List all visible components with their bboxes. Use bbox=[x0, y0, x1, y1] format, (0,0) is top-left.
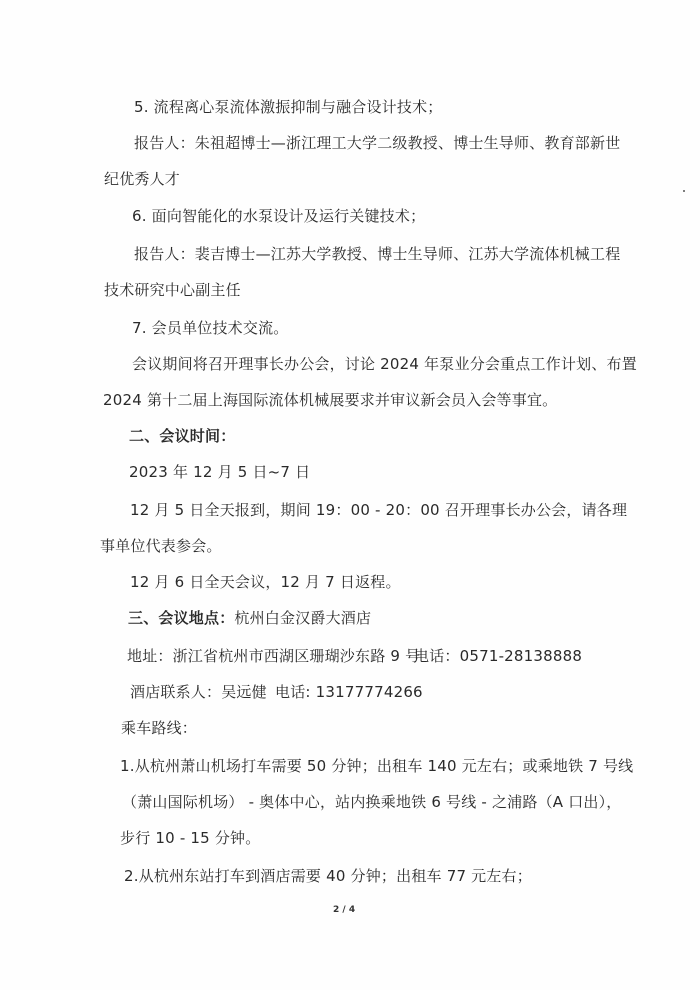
agenda-item-7: 7. 会员单位技术交流。 bbox=[132, 318, 288, 338]
venue-phone: 电话：0571-28138888 bbox=[414, 646, 582, 666]
meeting-note-cont: 2024 第十二届上海国际流体机械展要求并审议新会员入会等事宜。 bbox=[103, 390, 557, 410]
hotel-contact-phone: 电话: 13177774266 bbox=[275, 682, 423, 702]
scan-speck bbox=[683, 190, 685, 192]
hotel-contact: 酒店联系人：吴远健 bbox=[130, 682, 267, 702]
document-page: 5. 流程离心泵流体激振抑制与融合设计技术； 报告人：朱祖超博士—浙江理工大学二… bbox=[0, 0, 700, 990]
meeting-day2: 12 月 6 日全天会议，12 月 7 日返程。 bbox=[130, 572, 401, 592]
routes-label: 乘车路线： bbox=[121, 718, 197, 738]
venue-name: 杭州白金汉爵大酒店 bbox=[234, 609, 371, 627]
agenda-item-5: 5. 流程离心泵流体激振抑制与融合设计技术； bbox=[134, 97, 442, 117]
meeting-date-range: 2023 年 12 月 5 日~7 日 bbox=[129, 462, 310, 482]
route-1-cont-2: 步行 10 - 15 分钟。 bbox=[120, 828, 260, 848]
meeting-note: 会议期间将召开理事长办公会，讨论 2024 年泵业分会重点工作计划、布置 bbox=[132, 354, 637, 374]
agenda-item-6-reporter: 报告人：裴吉博士—江苏大学教授、博士生导师、江苏大学流体机械工程 bbox=[134, 244, 620, 264]
agenda-item-5-reporter: 报告人：朱祖超博士—浙江理工大学二级教授、博士生导师、教育部新世 bbox=[134, 133, 620, 153]
venue-line: 三、会议地点：杭州白金汉爵大酒店 bbox=[128, 608, 371, 628]
meeting-day1-cont: 事单位代表参会。 bbox=[100, 536, 222, 556]
agenda-item-6: 6. 面向智能化的水泵设计及运行关键技术； bbox=[132, 206, 425, 226]
section-heading-venue: 三、会议地点： bbox=[128, 609, 234, 627]
route-1-cont: （萧山国际机场） - 奥体中心，站内换乘地铁 6 号线 - 之浦路（A 口出）， bbox=[122, 792, 622, 812]
section-heading-time: 二、会议时间： bbox=[129, 426, 235, 446]
meeting-day1: 12 月 5 日全天报到，期间 19：00 - 20：00 召开理事长办公会，请… bbox=[130, 500, 627, 520]
venue-address: 地址：浙江省杭州市西湖区珊瑚沙东路 9 号 bbox=[127, 646, 420, 666]
page-number: 2 / 4 bbox=[333, 905, 355, 915]
route-1: 1.从杭州萧山机场打车需要 50 分钟；出租车 140 元左右；或乘地铁 7 号… bbox=[120, 756, 633, 776]
agenda-item-5-reporter-cont: 纪优秀人才 bbox=[104, 169, 180, 189]
agenda-item-6-reporter-cont: 技术研究中心副主任 bbox=[104, 280, 241, 300]
route-2: 2.从杭州东站打车到酒店需要 40 分钟；出租车 77 元左右； bbox=[124, 866, 532, 886]
